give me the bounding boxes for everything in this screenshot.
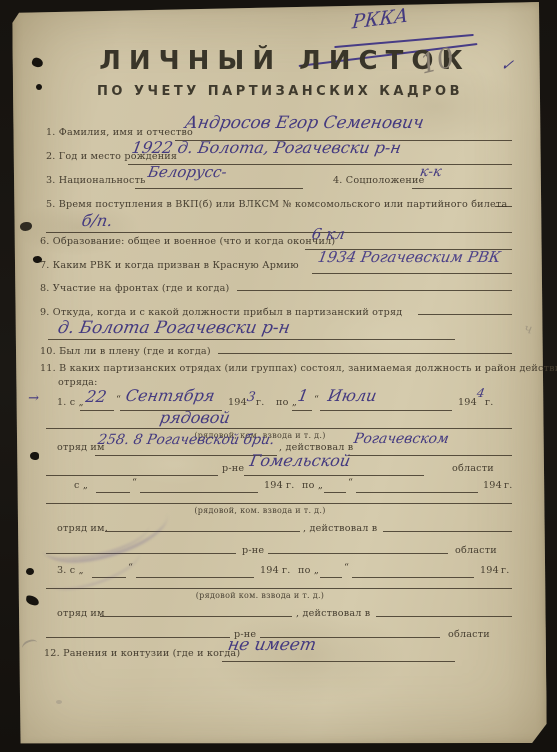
row3-position-caption: (рядовой ком. взвода и т. д.)	[150, 591, 370, 600]
ruled-line	[352, 577, 474, 578]
row1-from-day: 22	[84, 387, 108, 406]
ruled-line	[237, 290, 512, 291]
row1-quote-2: “	[314, 394, 319, 405]
row1-g1: г.	[256, 397, 264, 408]
row2-oblast-label: области	[455, 545, 497, 556]
field-1-value: Андросов Егор Семенович	[183, 113, 425, 133]
ruled-line	[222, 661, 455, 662]
ruled-line	[244, 475, 424, 476]
ruled-line	[46, 232, 512, 233]
field-12-label: 12. Ранения и контузии (где и когда)	[44, 648, 240, 659]
field-12-value: не имеет	[226, 635, 317, 655]
row2-to: по „	[302, 480, 323, 491]
row3-year1: 194	[260, 565, 279, 576]
row1-rne-value: Гомельской	[248, 451, 352, 470]
row1-position-value: рядовой	[158, 408, 231, 427]
field-2-value: 1922 д. Болота, Рогачевски р-н	[130, 138, 402, 157]
row3-to: по „	[298, 565, 319, 576]
ruled-line	[96, 492, 130, 493]
row1-year2: 194	[458, 397, 477, 408]
ruled-line	[46, 637, 230, 638]
ruled-line	[136, 577, 254, 578]
row3-quote-2: “	[344, 562, 349, 573]
field-9-value: д. Болота Рогачевски р-н	[56, 318, 291, 338]
field-10-label: 10. Был ли в плену (где и когда)	[40, 346, 211, 357]
ruled-line	[320, 410, 452, 411]
row1-g2: г.	[485, 397, 493, 408]
row1-deistvoval-value: Рогачевском	[353, 431, 450, 447]
row3-deistvoval-label: , действовал в	[296, 608, 370, 619]
ruled-line	[320, 577, 342, 578]
field-6-label: 6. Образование: общее и военное (что и к…	[40, 236, 335, 247]
row3-g1: г.	[282, 565, 290, 576]
field-11-label: 11. В каких партизанских отрядах (или гр…	[40, 363, 557, 374]
ruled-line	[135, 188, 303, 189]
ruled-line	[356, 492, 478, 493]
row2-quote: “	[132, 477, 137, 488]
row1-oblast-label: области	[452, 463, 494, 474]
row2-year2: 194	[483, 480, 502, 491]
row1-otryad-value: 258. 8 Рогачевской бри.	[97, 432, 276, 448]
row2-quote-2: “	[348, 477, 353, 488]
stain-mark	[26, 568, 34, 575]
ruled-line	[412, 188, 512, 189]
ruled-line	[324, 492, 346, 493]
ruled-line	[292, 410, 312, 411]
row1-from-month: Сентября	[124, 386, 216, 405]
row1-from: 1. с „	[57, 397, 84, 408]
field-4-label: 4. Соцположение	[333, 175, 425, 186]
field-5-value: б/п.	[80, 211, 114, 230]
field-3-label: 3. Национальность	[46, 175, 146, 186]
ruled-line	[46, 588, 512, 589]
field-1-label: 1. Фамилия, имя и отчество	[46, 127, 193, 138]
row1-year1: 194	[228, 397, 247, 408]
row2-g2: г.	[504, 480, 512, 491]
ruled-line	[80, 410, 114, 411]
stain-mark	[36, 84, 42, 90]
scan-background: РККА ЛИЧНЫЙ ЛИСТОК 10 ✓ ПО УЧЕТУ ПАРТИЗА…	[0, 0, 557, 752]
row2-rne-label: р-не	[242, 545, 264, 556]
row3-otryad-label: отряд им	[57, 608, 105, 619]
row1-to: по „	[276, 397, 297, 408]
ruled-line	[46, 475, 218, 476]
pencil-smudge	[56, 700, 62, 704]
ruled-line	[100, 616, 292, 617]
field-3-value: Белорусс-	[146, 163, 228, 181]
ruled-line	[376, 616, 512, 617]
row1-rne-label: р-не	[222, 463, 244, 474]
ruled-line	[312, 273, 512, 274]
row2-year1: 194	[264, 480, 283, 491]
row1-quote: “	[116, 394, 121, 405]
row2-g1: г.	[286, 480, 294, 491]
row2-deistvoval-label: , действовал в	[303, 523, 377, 534]
ruled-line	[383, 531, 512, 532]
row3-oblast-label: области	[448, 629, 490, 640]
field-6-value: 6 кл	[310, 225, 346, 243]
field-4-value: к-к	[419, 164, 443, 180]
ruled-line	[268, 553, 448, 554]
row1-to-month: Июли	[326, 386, 378, 405]
ruled-line	[418, 314, 512, 315]
ruled-line	[218, 353, 512, 354]
field-9-label: 9. Откуда, когда и с какой должности при…	[40, 307, 402, 318]
document-subtitle: ПО УЧЕТУ ПАРТИЗАНСКИХ КАДРОВ	[80, 84, 480, 99]
ruled-line	[48, 339, 455, 340]
field-5-label: 5. Время поступления в ВКП(б) или ВЛКСМ …	[46, 199, 507, 210]
field-7-value: 1934 Рогачевским РВК	[316, 248, 502, 266]
row2-position-caption: (рядовой, ком. взвода и т. д.)	[150, 506, 370, 515]
row3-g2: г.	[501, 565, 509, 576]
row3-year2: 194	[480, 565, 499, 576]
ruled-line	[495, 206, 512, 207]
stain-mark	[30, 452, 39, 460]
ruled-line	[46, 428, 512, 429]
row2-from: с „	[74, 480, 88, 491]
ruled-line	[348, 455, 512, 456]
ruled-line	[140, 492, 258, 493]
check-mark-annotation: ✓	[499, 56, 515, 74]
field-7-label: 7. Каким РВК и когда призван в Красную А…	[40, 260, 299, 271]
field-8-label: 8. Участие на фронтах (где и когда)	[40, 283, 230, 294]
